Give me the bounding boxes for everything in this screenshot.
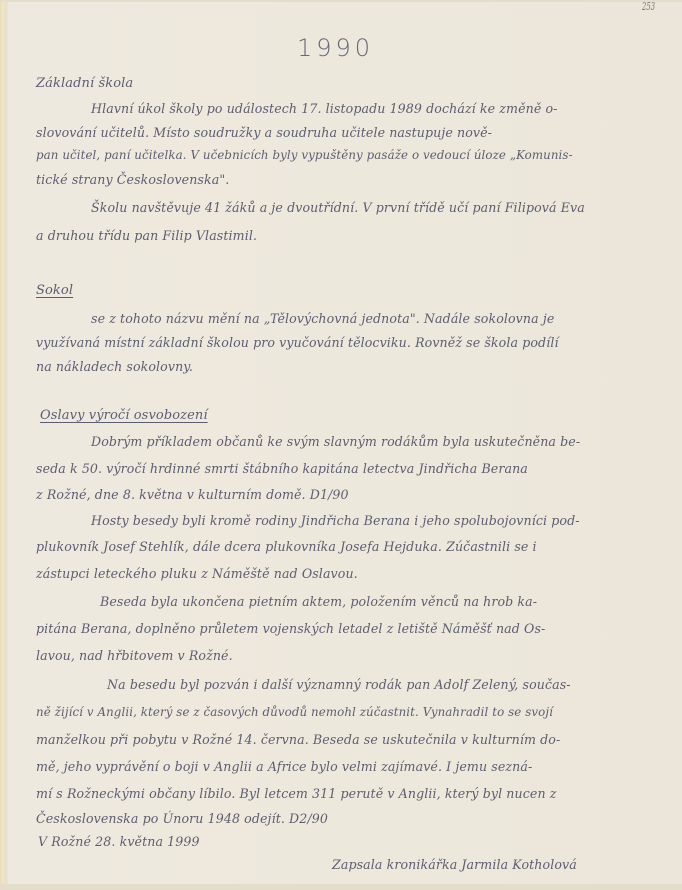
text-line: Školu navštěvuje 41 žáků a je dvoutřídní… [91,200,585,215]
text-line: pitána Berana, doplněno průletem vojensk… [36,621,545,636]
text-line: se z tohoto názvu mění na „Tělovýchovná … [91,311,554,326]
section-heading-oslavy: Oslavy výročí osvobození [40,408,208,423]
section-heading-zakladni-skola: Základní škola [36,76,133,91]
text-line: Československa po Únoru 1948 odejít. D2/… [36,811,328,826]
text-line: zástupci leteckého pluku z Náměště nad O… [36,566,358,581]
text-line: Beseda byla ukončena pietním aktem, polo… [100,594,537,609]
text-line: slovování učitelů. Místo soudružky a sou… [36,125,492,140]
year-title: 1990 [297,34,374,62]
text-line: a druhou třídu pan Filip Vlastimil. [36,228,257,243]
text-line: mě, jeho vyprávění o boji v Anglii a Afr… [36,759,532,774]
signature: Zapsala kronikářka Jarmila Kotholová [332,857,577,872]
text-line: Na besedu byl pozván i další významný ro… [107,677,571,692]
text-line: Dobrým příkladem občanů ke svým slavným … [91,434,580,449]
place-and-date: V Rožné 28. května 1999 [38,834,200,849]
page-edge-top [0,0,682,2]
text-line: lavou, nad hřbitovem v Rožné. [36,648,233,663]
text-line: z Rožné, dne 8. května v kulturním domě.… [36,487,349,502]
section-heading-sokol: Sokol [36,283,73,298]
text-line: Hosty besedy byli kromě rodiny Jindřicha… [91,513,580,528]
text-line: seda k 50. výročí hrdinné smrti štábního… [36,461,528,476]
page-edge-bottom [0,884,682,890]
text-line: pan učitel, paní učitelka. V učebnicích … [36,148,573,162]
page-number: 253 [642,0,655,13]
text-line: manželkou při pobytu v Rožné 14. června.… [36,732,560,747]
chronicle-page: 253 1990 Základní škola Hlavní úkol škol… [0,0,682,890]
text-line: mí s Rožneckými občany líbilo. Byl letce… [36,786,557,801]
text-line: Hlavní úkol školy po událostech 17. list… [91,101,558,116]
text-line: ně žijící v Anglii, který se z časových … [36,705,553,719]
text-line: využívaná místní základní školou pro vyu… [36,335,559,350]
text-line: na nákladech sokolovny. [36,359,193,374]
text-line: tické strany Československa". [36,172,229,187]
text-line: plukovník Josef Stehlík, dále dcera pluk… [36,539,537,554]
